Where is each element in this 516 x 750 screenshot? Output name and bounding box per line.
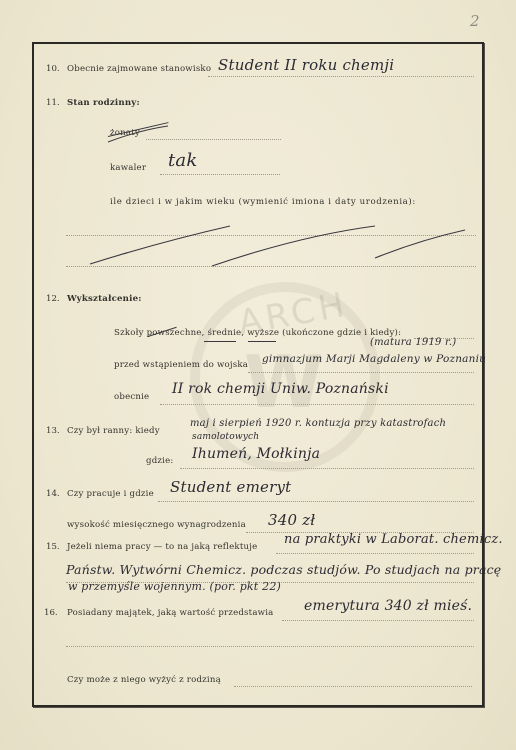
document-page: 2 ARCH W 10. Obecnie zajmowane stanowisk…	[0, 0, 516, 750]
section-14-field-line	[158, 501, 474, 502]
wounded-where-answer[interactable]: Ihumeń, Mołkinja	[192, 446, 320, 462]
section-14-answer[interactable]: Student emeryt	[170, 478, 291, 496]
section-14-label: Czy pracuje i gdzie	[67, 489, 154, 499]
wounded-where-field-line	[180, 468, 474, 469]
section-13-number: 13.	[46, 426, 60, 436]
support-family-label: Czy może z niego wyżyć z rodziną	[67, 675, 221, 685]
section-13-label: Czy był ranny: kiedy	[67, 426, 160, 436]
section-12-label: Wykształcenie:	[67, 294, 142, 304]
underline-wyzsze	[248, 341, 276, 342]
wounded-when-answer[interactable]: maj i sierpień 1920 r. kontuzja przy kat…	[190, 418, 446, 429]
currently-field-line	[160, 404, 474, 405]
section-15-answer-2[interactable]: Państw. Wytwórni Chemicz. podczas studjó…	[66, 562, 501, 577]
salary-label: wysokość miesięcznego wynagrodzenia	[67, 520, 246, 530]
before-army-field-line	[248, 372, 474, 373]
wounded-when-answer-2[interactable]: samolotowych	[192, 432, 259, 442]
before-army-answer[interactable]: gimnazjum Marji Magdaleny w Poznaniu	[262, 353, 486, 365]
support-family-field-line	[234, 686, 472, 687]
salary-answer[interactable]: 340 zł	[268, 511, 315, 529]
currently-label: obecnie	[114, 392, 149, 402]
section-16-label: Posiadany majątek, jaką wartość przedsta…	[67, 608, 273, 618]
section-16-answer[interactable]: emerytura 340 zł mieś.	[304, 598, 472, 614]
section-16-number: 16.	[44, 608, 58, 618]
section-15-field-line	[276, 553, 474, 554]
section-15-answer-3[interactable]: w przemyśle wojennym. (por. pkt 22)	[68, 580, 281, 593]
before-army-note[interactable]: (matura 1919 r.)	[370, 337, 456, 348]
wounded-where-label: gdzie:	[146, 456, 173, 466]
before-army-label: przed wstąpieniem do wojska	[114, 360, 248, 370]
section-14-number: 14.	[46, 489, 60, 499]
currently-answer[interactable]: II rok chemji Uniw. Poznański	[172, 381, 389, 397]
section-12-number: 12.	[46, 294, 60, 304]
underline-srednie	[204, 341, 236, 342]
section-16-field-line	[282, 620, 474, 621]
section-15-label: Jeżeli niema pracy — to na jaką reflektu…	[67, 542, 257, 552]
children-cancel-strokes	[0, 0, 516, 750]
section-15-answer-1[interactable]: na praktyki w Laborat. chemicz.	[284, 532, 503, 547]
section-15-number: 15.	[46, 542, 60, 552]
section-16-field-line-2	[66, 646, 474, 647]
